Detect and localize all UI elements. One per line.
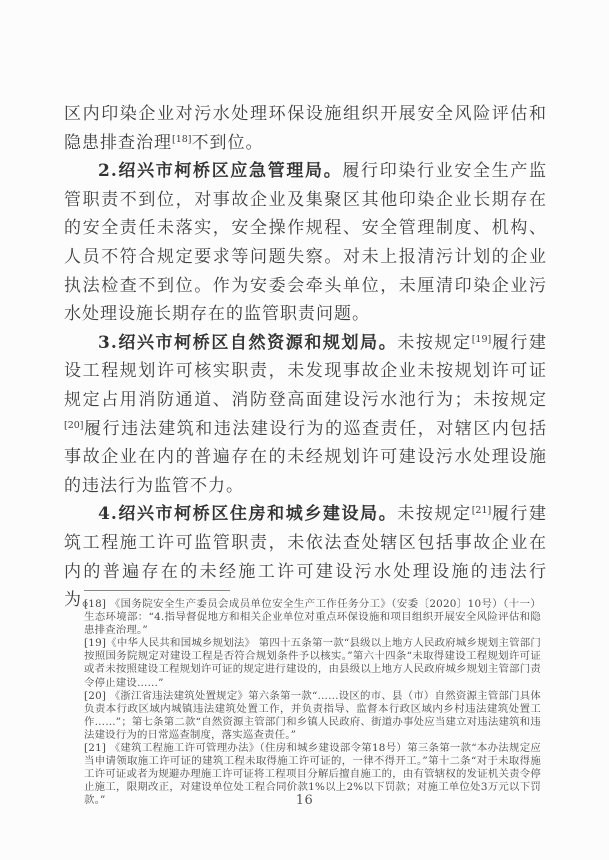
para-3-ziranziyuan-guihuaju: 3.绍兴市柯桥区自然资源和规划局。未按规定[19]履行建设工程规划许可核实职责，… [64, 329, 547, 501]
footnote-separator-rule [84, 590, 230, 591]
text-segment: 区内印染企业对污水处理环保设施组织开展安全风险评估和隐患排查治理 [64, 104, 547, 153]
body-text: 区内印染企业对污水处理环保设施组织开展安全风险评估和隐患排查治理[18]不到位。… [64, 100, 547, 615]
text-segment: 未按规定 [397, 333, 471, 353]
document-page: 区内印染企业对污水处理环保设施组织开展安全风险评估和隐患排查治理[18]不到位。… [0, 0, 609, 860]
text-segment: 2.绍兴市柯桥区应急管理局。 [98, 161, 342, 181]
text-segment: 履行印染行业安全生产监管职责不到位，对事故企业及集聚区其他印染企业长期存在的安全… [64, 161, 547, 324]
footnote-ref: [20] [64, 420, 84, 431]
footnote-18: [18] 《国务院安全生产委员会成员单位安全生产工作任务分工》（安委〔2020〕… [84, 598, 541, 637]
text-segment: 未按规定 [397, 504, 471, 524]
text-segment: 3.绍兴市柯桥区自然资源和规划局。 [98, 333, 397, 353]
footnotes-section: [18] 《国务院安全生产委员会成员单位安全生产工作任务分工》（安委〔2020〕… [84, 584, 541, 808]
para-2-yingji-guanliju: 2.绍兴市柯桥区应急管理局。履行印染行业安全生产监管职责不到位，对事故企业及集聚… [64, 157, 547, 329]
footnote-ref: [19] [472, 334, 492, 345]
footnote-ref: [21] [472, 505, 492, 516]
para-continuation: 区内印染企业对污水处理环保设施组织开展安全风险评估和隐患排查治理[18]不到位。 [64, 100, 547, 157]
footnote-ref: [18] [172, 134, 192, 145]
footnote-19: [19]《中华人民共和国城乡规划法》 第四十五条第一款“县级以上地方人民政府城乡… [84, 637, 541, 689]
text-segment: 不到位。 [192, 133, 264, 153]
text-segment: 4.绍兴市柯桥区住房和城乡建设局。 [98, 504, 397, 524]
page-number: 16 [0, 793, 609, 808]
footnote-20: [20] 《浙江省违法建筑处置规定》第六条第一款“……设区的市、县（市）自然资源… [84, 690, 541, 742]
footnotes-list: [18] 《国务院安全生产委员会成员单位安全生产工作任务分工》（安委〔2020〕… [84, 598, 541, 808]
text-segment: 履行违法建筑和违法建设行为的巡查责任，对辖区内包括事故企业在内的普遍存在的未经规… [64, 419, 547, 496]
